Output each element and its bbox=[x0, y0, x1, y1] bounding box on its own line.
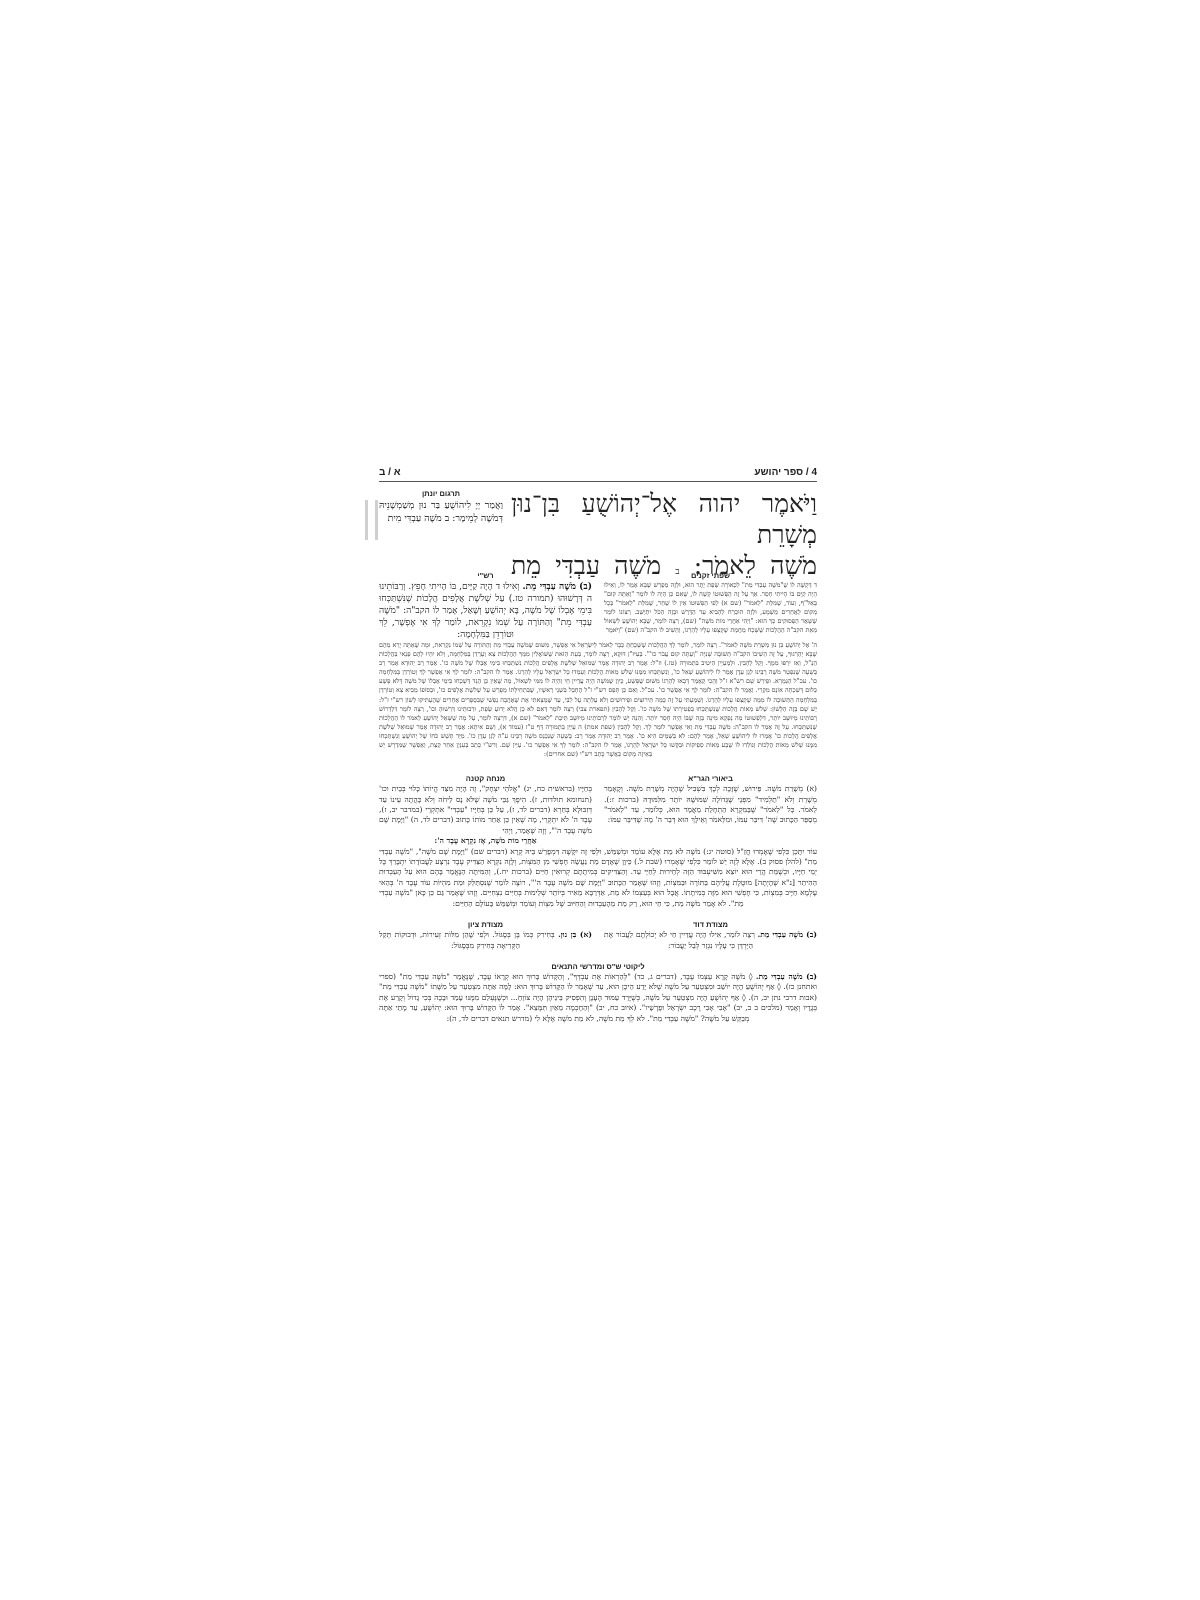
verse-line-1: וַיֹּאמֶר יהוה אֶל־יְהוֹשֻׁעַ בִּן־נוּן … bbox=[511, 488, 817, 550]
likutei-section: ליקוטי ש"ס ומדרשי התנאים (ב) מֹשֶׁה עַבְ… bbox=[379, 961, 817, 1024]
targum-text: וַאֲמַר יְיָ לִיהוֹשֻׁעַ בַּר נוּן מְשַׁ… bbox=[379, 499, 503, 525]
minchah-ketanah-heading: מנחה קטנה bbox=[379, 773, 592, 784]
metzudat-david-dibur: (ב) מֹשֶׁה עַבְדִּי מֵת. bbox=[758, 930, 817, 939]
shifsei-zekenim-text-top: ד דְּקָשֶׁה לוֹ שֶׁ"מֹשֶׁה עַבְדִּי מֵת"… bbox=[604, 581, 817, 636]
biurei-hagra-heading: ביאורי הגר"א bbox=[604, 773, 817, 784]
metzudat-tzion-dibur: (א) בִּן נוּן. bbox=[558, 930, 592, 939]
shifsei-zekenim-column: שפתי זקנים ד דְּקָשֶׁה לוֹ שֶׁ"מֹשֶׁה עַ… bbox=[604, 570, 817, 641]
metzudat-david-body: רְצָה לוֹמַר, אִילוּ הָיָה עֲדַיִין חַי … bbox=[604, 930, 755, 949]
metzudat-tzion-body: בְּחִירִק כְּמוֹ בֶּן בְּסֶגּוֹל. וּלְפִ… bbox=[379, 930, 555, 949]
minchah-ketanah-text: בְּחַיָּיו (בראשית כח, יג) "אֱלֹהֵי יִצְ… bbox=[379, 784, 592, 836]
likutei-body: ◊ מֹשֶׁה קָרָא עַצְמוֹ עֶבֶד, (דברים ג, … bbox=[379, 972, 817, 1023]
od-yitachen-text: עוֹד יִתָּכֵן כִּלְפִי שֶׁאָמְרוּ חֲזַ"ל… bbox=[379, 847, 817, 909]
targum-heading: תרגום יונתן bbox=[379, 488, 503, 499]
metzudat-david-column: מצודת דוד (ב) מֹשֶׁה עַבְדִּי מֵת. רְצָה… bbox=[604, 919, 817, 951]
likutei-heading: ליקוטי ש"ס ומדרשי התנאים bbox=[379, 961, 817, 972]
running-header: 4 / ספר יהושע א / ב bbox=[379, 462, 817, 482]
rashi-text: (ב) מֹשֶׁה עַבְדִּי מֵת. וְאִילוּ ד הָיָ… bbox=[379, 581, 592, 641]
metzudat-tzion-heading: מצודת ציון bbox=[379, 919, 592, 930]
minchah-ketanah-column: מנחה קטנה בְּחַיָּיו (בראשית כח, יג) "אֱ… bbox=[379, 773, 592, 846]
biurei-hagra-text: (א) מְשָׁרֵת מֹשֶׁה. פֵּירוּשׁ, שֶׁזָּכָ… bbox=[604, 784, 817, 826]
verse-row: וַיֹּאמֶר יהוה אֶל־יְהוֹשֻׁעַ בִּן־נוּן … bbox=[379, 488, 817, 554]
minchah-ketanah-tail: אַחֲרֵי מוֹת מֹשֶׁה, אָז נִקְרָא עֶבֶד ה… bbox=[379, 836, 592, 846]
metzudat-david-heading: מצודת דוד bbox=[604, 919, 817, 930]
chapter-verse-ref: א / ב bbox=[379, 467, 401, 478]
rashi-column: רש"י (ב) מֹשֶׁה עַבְדִּי מֵת. וְאִילוּ ד… bbox=[379, 570, 592, 641]
margin-bar-decoration bbox=[365, 500, 378, 540]
metzudat-tzion-column: מצודת ציון (א) בִּן נוּן. בְּחִירִק כְּמ… bbox=[379, 919, 592, 951]
metzudot-row: מצודת דוד (ב) מֹשֶׁה עַבְדִּי מֵת. רְצָה… bbox=[379, 919, 817, 951]
page: 4 / ספר יהושע א / ב וַיֹּאמֶר יהוה אֶל־י… bbox=[379, 462, 817, 1024]
metzudat-david-text: (ב) מֹשֶׁה עַבְדִּי מֵת. רְצָה לוֹמַר, א… bbox=[604, 930, 817, 951]
shifsei-zekenim-text-full: ה' אֶל יְהוֹשֻׁעַ בִּן נוּן מְשָׁרֵת מֹש… bbox=[379, 641, 817, 759]
rashi-dibur: (ב) מֹשֶׁה עַבְדִּי מֵת. bbox=[523, 582, 592, 592]
gra-minchah-row: ביאורי הגר"א (א) מְשָׁרֵת מֹשֶׁה. פֵּירו… bbox=[379, 773, 817, 846]
biurei-hagra-column: ביאורי הגר"א (א) מְשָׁרֵת מֹשֶׁה. פֵּירו… bbox=[604, 773, 817, 846]
likutei-text: (ב) מֹשֶׁה עַבְדִּי מֵת. ◊ מֹשֶׁה קָרָא … bbox=[379, 972, 817, 1024]
shifsei-zekenim-heading: שפתי זקנים bbox=[604, 570, 817, 581]
book-title: 4 / ספר יהושע bbox=[754, 467, 817, 478]
metzudat-tzion-text: (א) בִּן נוּן. בְּחִירִק כְּמוֹ בֶּן בְּ… bbox=[379, 930, 592, 951]
likutei-dibur: (ב) מֹשֶׁה עַבְדִּי מֵת. bbox=[756, 972, 817, 981]
targum-column: תרגום יונתן וַאֲמַר יְיָ לִיהוֹשֻׁעַ בַּ… bbox=[379, 488, 503, 554]
scripture-verse: וַיֹּאמֶר יהוה אֶל־יְהוֹשֻׁעַ בִּן־נוּן … bbox=[511, 488, 817, 554]
rashi-heading: רש"י bbox=[379, 570, 592, 581]
